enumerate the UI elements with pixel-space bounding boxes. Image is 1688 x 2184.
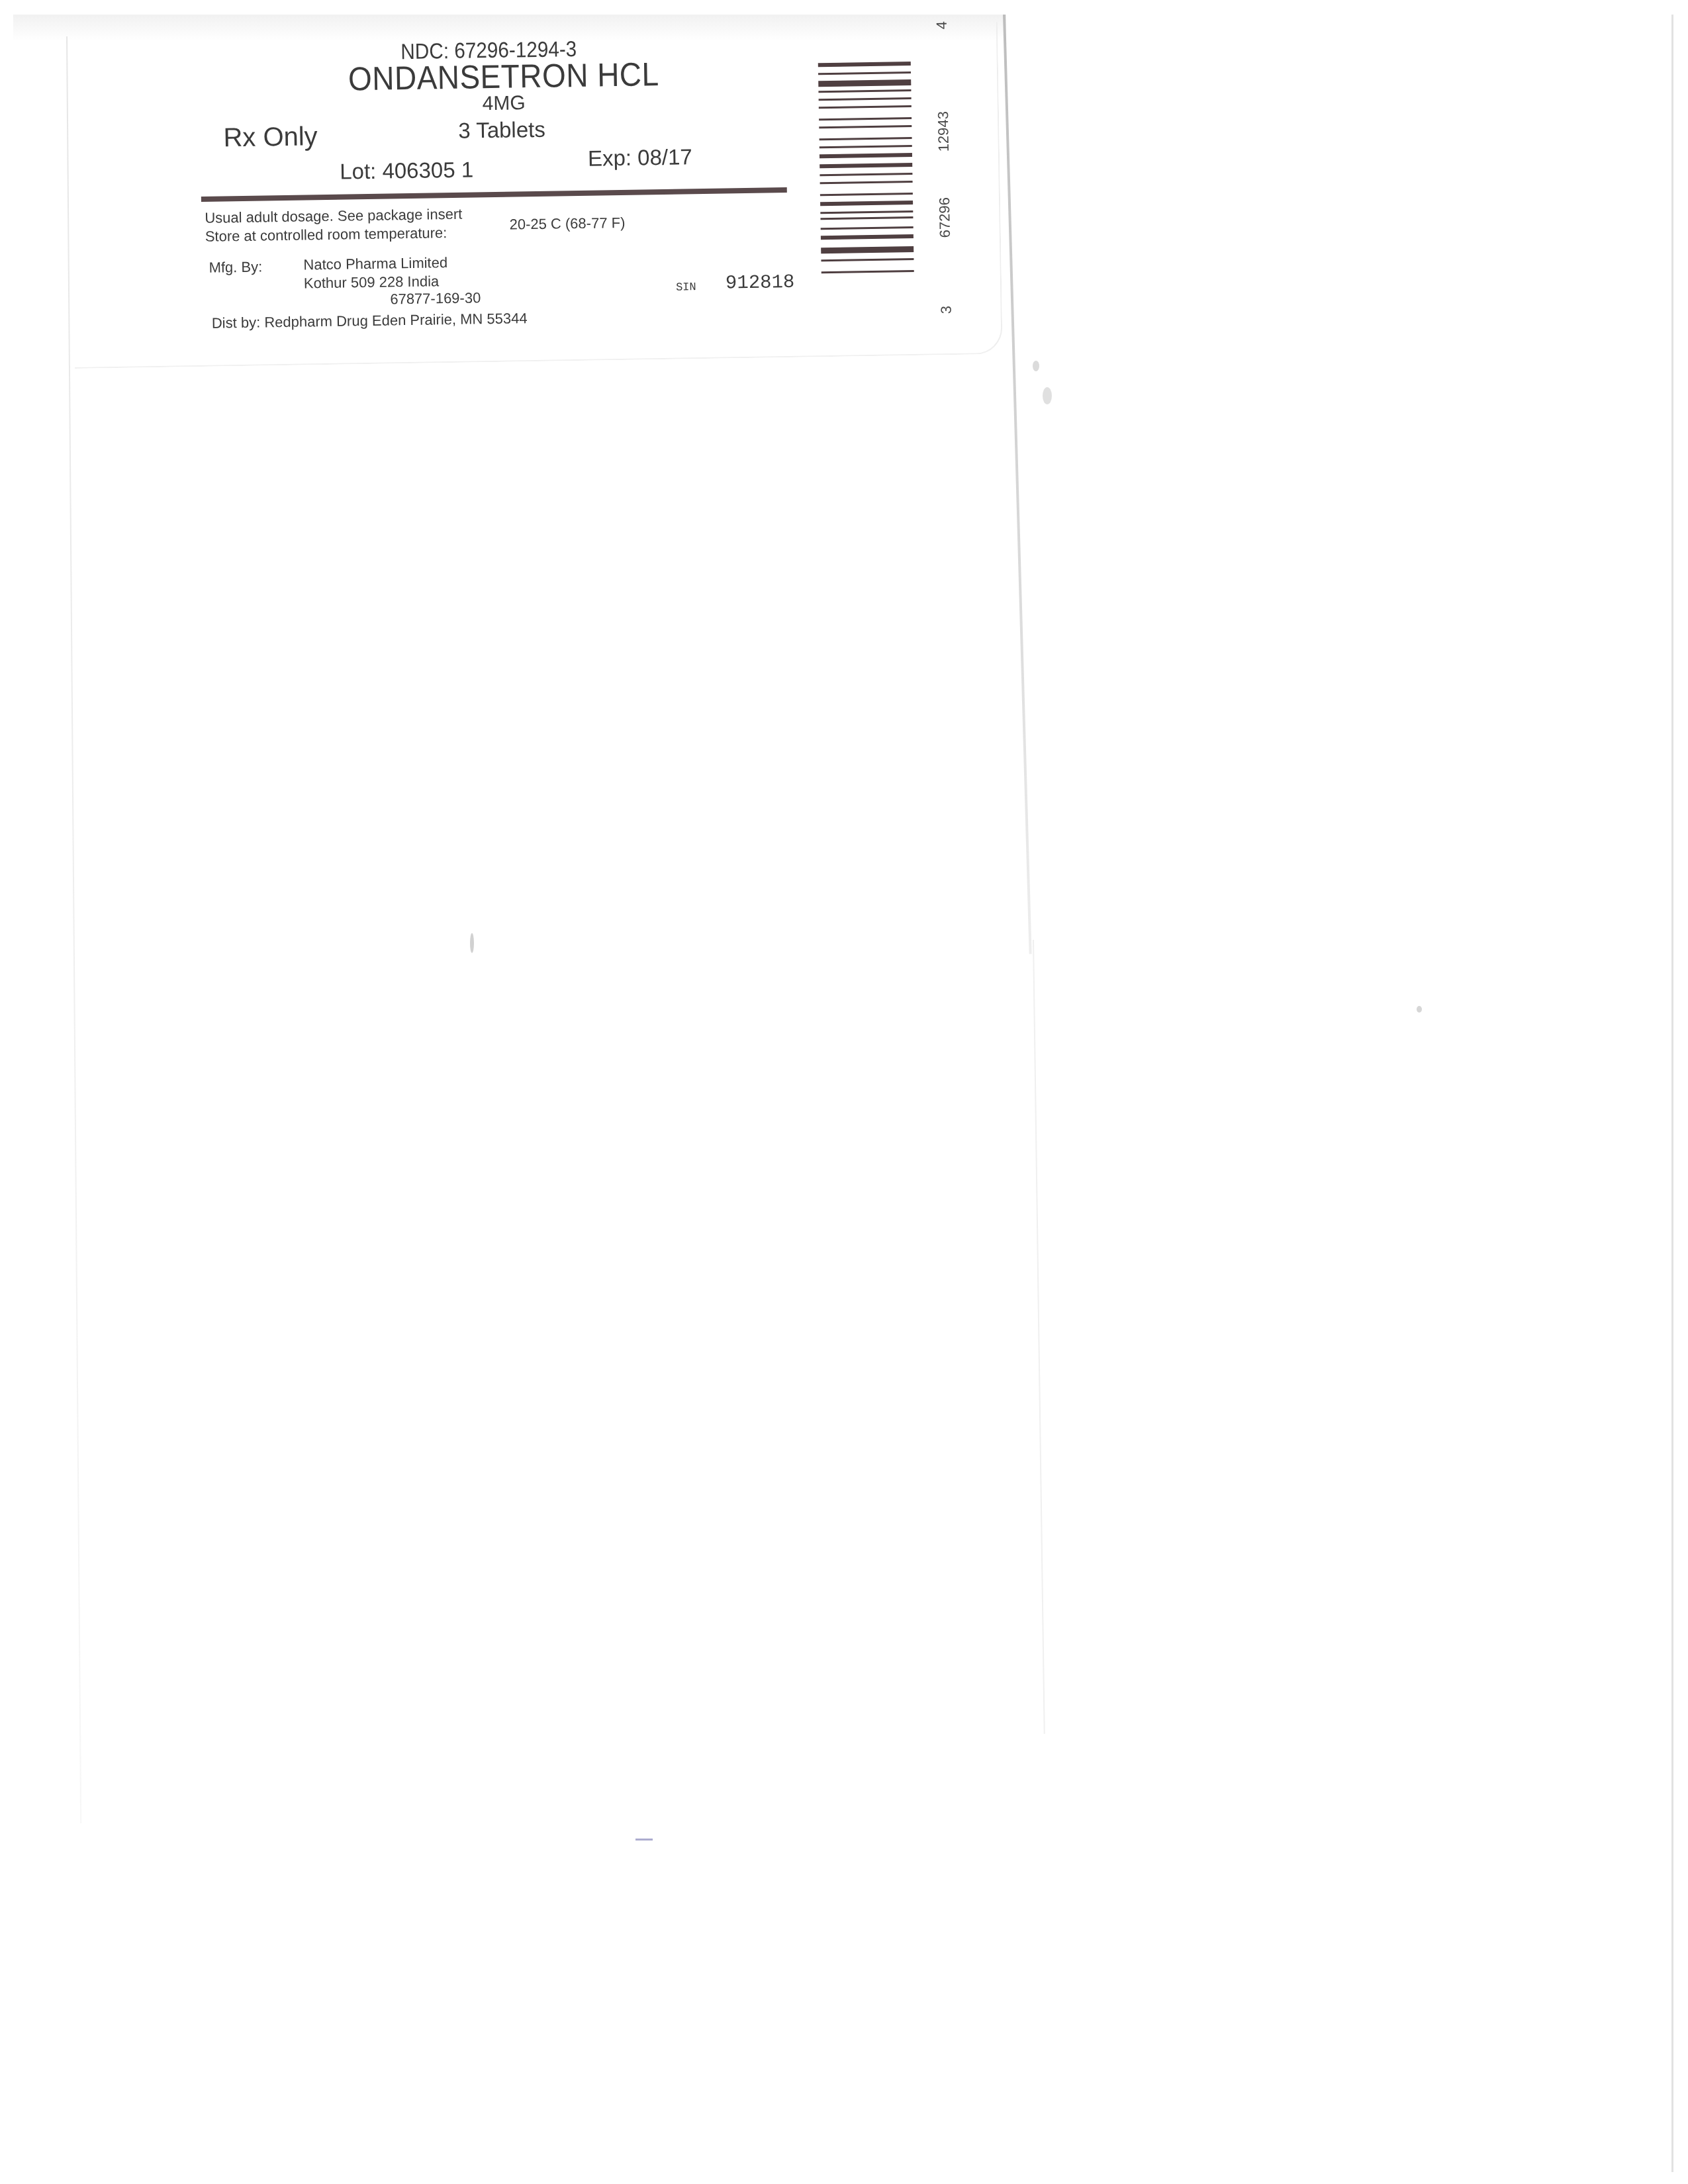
drug-strength: 4MG bbox=[482, 92, 526, 115]
barcode-bar bbox=[821, 246, 914, 253]
storage-note: Store at controlled room temperature: bbox=[205, 224, 447, 246]
paper-edge-fold-lower bbox=[1033, 940, 1045, 1734]
lot-number: Lot: 406305 1 bbox=[340, 157, 473, 184]
barcode-bar bbox=[821, 234, 914, 240]
barcode-bar bbox=[818, 79, 911, 87]
barcode-bar bbox=[821, 258, 914, 261]
barcode-bar bbox=[819, 97, 912, 101]
barcode bbox=[818, 62, 921, 288]
rx-only: Rx Only bbox=[223, 122, 318, 153]
barcode-digit: 3 bbox=[938, 306, 955, 314]
drug-name: ONDANSETRON HCL bbox=[348, 55, 659, 98]
barcode-bar bbox=[819, 117, 912, 120]
scan-speck bbox=[470, 933, 474, 953]
barcode-bar bbox=[820, 193, 913, 196]
barcode-bar bbox=[819, 125, 912, 128]
pharmacy-label: NDC: 67296-1294-3 ONDANSETRON HCL 4MG Rx… bbox=[70, 22, 1003, 369]
page-edge-right bbox=[1671, 15, 1673, 2172]
storage-temperature: 20-25 C (68-77 F) bbox=[509, 214, 625, 234]
barcode-bar bbox=[820, 137, 912, 140]
barcode-digit: 4 bbox=[933, 21, 951, 30]
manufacturer-label: Mfg. By: bbox=[209, 258, 262, 276]
scan-speck bbox=[1033, 361, 1039, 371]
scan-speck bbox=[1417, 1006, 1422, 1013]
distributor: Dist by: Redpharm Drug Eden Prairie, MN … bbox=[212, 310, 528, 332]
scan-mark bbox=[635, 1839, 653, 1841]
scan-speck bbox=[1043, 387, 1052, 404]
barcode-bar bbox=[818, 71, 911, 75]
barcode-bar bbox=[821, 226, 914, 230]
barcode-bar bbox=[820, 173, 912, 176]
sin-label: SIN bbox=[676, 281, 696, 294]
barcode-bar bbox=[818, 89, 911, 93]
barcode-bar bbox=[820, 145, 912, 148]
barcode-digits: 4 12943 67296 3 bbox=[933, 23, 964, 314]
manufacturer-name: Natco Pharma Limited bbox=[303, 254, 447, 273]
barcode-bar bbox=[820, 153, 912, 158]
sin-number: 912818 bbox=[726, 271, 795, 295]
expiration-date: Exp: 08/17 bbox=[588, 144, 692, 171]
barcode-bar bbox=[818, 62, 911, 67]
paper-edge-fold bbox=[1003, 15, 1032, 954]
barcode-bar bbox=[819, 105, 912, 109]
dosage-note: Usual adult dosage. See package insert bbox=[205, 206, 462, 227]
barcode-bar bbox=[820, 201, 913, 206]
barcode-bar bbox=[821, 270, 914, 273]
barcode-bar bbox=[820, 181, 913, 184]
manufacturer-address: Kothur 509 228 India bbox=[304, 273, 440, 292]
divider-rule bbox=[201, 187, 787, 202]
barcode-bar bbox=[820, 163, 912, 168]
manufacturer-code: 67877-169-30 bbox=[390, 289, 481, 308]
tablet-quantity: 3 Tablets bbox=[458, 117, 545, 144]
barcode-bar bbox=[820, 210, 913, 214]
barcode-digit: 67296 bbox=[936, 197, 954, 238]
barcode-bar bbox=[820, 216, 913, 220]
barcode-digit: 12943 bbox=[935, 111, 953, 152]
